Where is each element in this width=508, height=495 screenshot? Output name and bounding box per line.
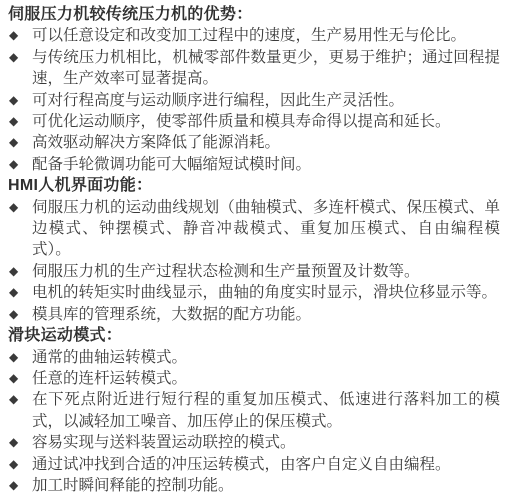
diamond-bullet-icon: ◆ bbox=[9, 90, 18, 111]
list-item: ◆伺服压力机的生产过程状态检测和生产量预置及计数等。 bbox=[8, 261, 500, 282]
diamond-bullet-icon: ◆ bbox=[9, 454, 18, 475]
list-item: ◆模具库的管理系统，大数据的配方功能。 bbox=[8, 304, 500, 325]
document-body: 伺服压力机较传统压力机的优势：◆可以任意设定和改变加工过程中的速度，生产易用性无… bbox=[0, 0, 508, 495]
diamond-bullet-icon: ◆ bbox=[9, 432, 18, 453]
section-heading: 伺服压力机较传统压力机的优势： bbox=[8, 4, 500, 25]
list-item: ◆电机的转矩实时曲线显示，曲轴的角度实时显示，滑块位移显示等。 bbox=[8, 282, 500, 303]
list-item-text: 任意的连杆运转模式。 bbox=[32, 370, 187, 387]
list-item: ◆可以任意设定和改变加工过程中的速度，生产易用性无与伦比。 bbox=[8, 25, 500, 46]
list-item-text: 配备手轮微调功能可大幅缩短试模时间。 bbox=[32, 156, 311, 173]
list-item-text: 容易实现与送料装置运动联控的模式。 bbox=[32, 434, 296, 451]
section-heading: 滑块运动模式： bbox=[8, 325, 500, 346]
list-item: ◆可对行程高度与运动顺序进行编程，因此生产灵活性。 bbox=[8, 90, 500, 111]
list-item-text: 伺服压力机的运动曲线规划（曲轴模式、多连杆模式、保压模式、单边模式、钟摆模式、静… bbox=[32, 199, 500, 259]
list-item-text: 加工时瞬间释能的控制功能。 bbox=[32, 477, 234, 494]
diamond-bullet-icon: ◆ bbox=[9, 282, 18, 303]
section-heading: HMI人机界面功能： bbox=[8, 175, 500, 196]
list-item-text: 在下死点附近进行短行程的重复加压模式、低速进行落料加工的模式，以减轻加工噪音、加… bbox=[32, 391, 500, 429]
list-item-text: 可以任意设定和改变加工过程中的速度，生产易用性无与伦比。 bbox=[32, 27, 466, 44]
list-item-text: 与传统压力机相比，机械零部件数量更少，更易于维护；通过回程提速，生产效率可显著提… bbox=[32, 49, 500, 87]
diamond-bullet-icon: ◆ bbox=[9, 475, 18, 495]
list-item: ◆加工时瞬间释能的控制功能。 bbox=[8, 475, 500, 495]
list-item: ◆与传统压力机相比，机械零部件数量更少，更易于维护；通过回程提速，生产效率可显著… bbox=[8, 47, 500, 90]
bullet-list: ◆伺服压力机的运动曲线规划（曲轴模式、多连杆模式、保压模式、单边模式、钟摆模式、… bbox=[8, 197, 500, 325]
bullet-list: ◆可以任意设定和改变加工过程中的速度，生产易用性无与伦比。◆与传统压力机相比，机… bbox=[8, 25, 500, 175]
list-item-text: 可优化运动顺序，使零部件质量和模具寿命得以提高和延长。 bbox=[32, 113, 451, 130]
list-item: ◆配备手轮微调功能可大幅缩短试模时间。 bbox=[8, 154, 500, 175]
list-item: ◆在下死点附近进行短行程的重复加压模式、低速进行落料加工的模式，以减轻加工噪音、… bbox=[8, 389, 500, 432]
list-item-text: 电机的转矩实时曲线显示，曲轴的角度实时显示，滑块位移显示等。 bbox=[32, 284, 497, 301]
diamond-bullet-icon: ◆ bbox=[9, 304, 18, 325]
diamond-bullet-icon: ◆ bbox=[9, 389, 18, 410]
diamond-bullet-icon: ◆ bbox=[9, 47, 18, 68]
list-item: ◆任意的连杆运转模式。 bbox=[8, 368, 500, 389]
diamond-bullet-icon: ◆ bbox=[9, 132, 18, 153]
list-item: ◆高效驱动解决方案降低了能源消耗。 bbox=[8, 132, 500, 153]
diamond-bullet-icon: ◆ bbox=[9, 261, 18, 282]
bullet-list: ◆通常的曲轴运转模式。◆任意的连杆运转模式。◆在下死点附近进行短行程的重复加压模… bbox=[8, 347, 500, 495]
list-item: ◆容易实现与送料装置运动联控的模式。 bbox=[8, 432, 500, 453]
list-item-text: 伺服压力机的生产过程状态检测和生产量预置及计数等。 bbox=[32, 263, 420, 280]
diamond-bullet-icon: ◆ bbox=[9, 347, 18, 368]
list-item-text: 可对行程高度与运动顺序进行编程，因此生产灵活性。 bbox=[32, 92, 404, 109]
diamond-bullet-icon: ◆ bbox=[9, 111, 18, 132]
diamond-bullet-icon: ◆ bbox=[9, 197, 18, 218]
list-item: ◆通常的曲轴运转模式。 bbox=[8, 347, 500, 368]
diamond-bullet-icon: ◆ bbox=[9, 25, 18, 46]
list-item: ◆通过试冲找到合适的冲压运转模式，由客户自定义自由编程。 bbox=[8, 454, 500, 475]
list-item: ◆可优化运动顺序，使零部件质量和模具寿命得以提高和延长。 bbox=[8, 111, 500, 132]
list-item-text: 模具库的管理系统，大数据的配方功能。 bbox=[32, 306, 311, 323]
list-item-text: 高效驱动解决方案降低了能源消耗。 bbox=[32, 134, 280, 151]
list-item-text: 通过试冲找到合适的冲压运转模式，由客户自定义自由编程。 bbox=[32, 456, 451, 473]
list-item-text: 通常的曲轴运转模式。 bbox=[32, 349, 187, 366]
diamond-bullet-icon: ◆ bbox=[9, 154, 18, 175]
diamond-bullet-icon: ◆ bbox=[9, 368, 18, 389]
list-item: ◆伺服压力机的运动曲线规划（曲轴模式、多连杆模式、保压模式、单边模式、钟摆模式、… bbox=[8, 197, 500, 261]
